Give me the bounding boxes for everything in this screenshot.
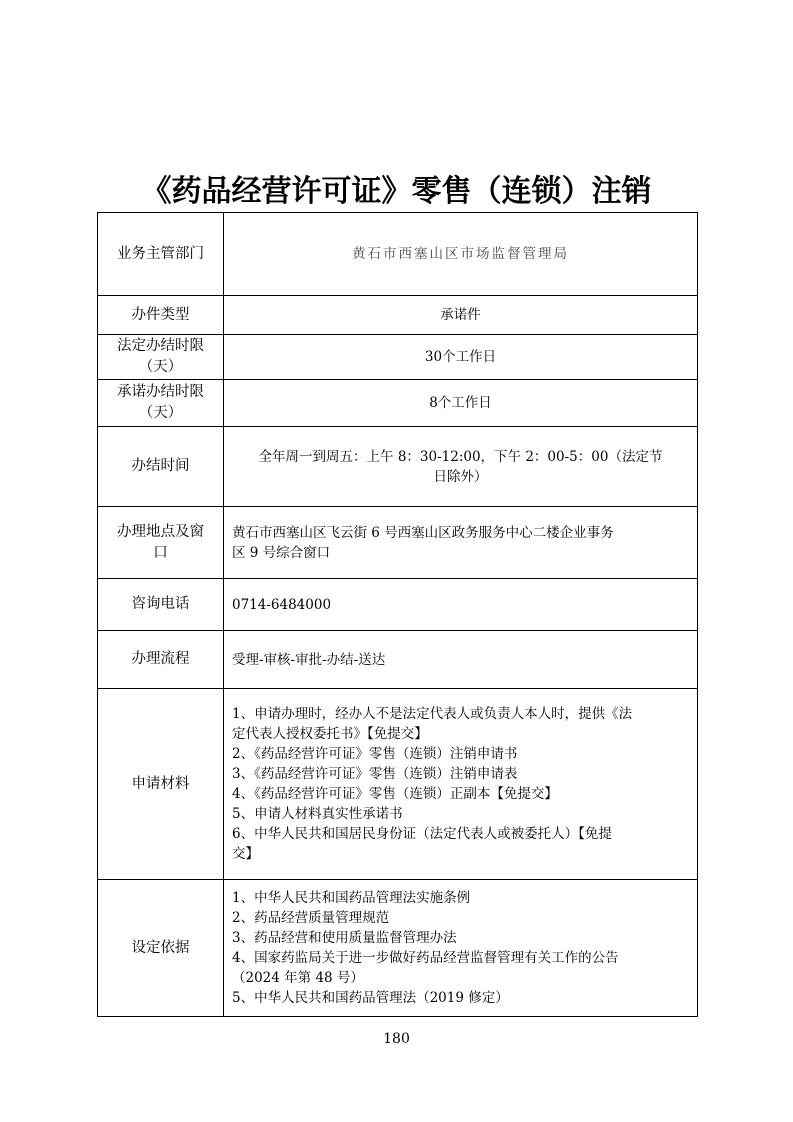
table-row: 办结时间 全年周一到周五：上午 8：30-12:00，下午 2：00-5：00（… bbox=[98, 427, 698, 507]
table-row: 咨询电话 0714-6484000 bbox=[98, 579, 698, 631]
row-label-line: 承诺办结时限 bbox=[98, 382, 223, 403]
row-value: 黄石市西塞山区飞云街 6 号西塞山区政务服务中心二楼企业事务 区 9 号综合窗口 bbox=[224, 507, 698, 579]
info-table: 业务主管部门 黄石市西塞山区市场监督管理局 办件类型 承诺件 法定办结时限 （天… bbox=[97, 212, 698, 1017]
row-label: 办理地点及窗 口 bbox=[98, 507, 224, 579]
page-number: 180 bbox=[0, 1031, 793, 1047]
row-label-line: 法定办结时限 bbox=[98, 336, 223, 357]
table-row: 办理流程 受理-审核-审批-办结-送达 bbox=[98, 631, 698, 689]
row-label: 申请材料 bbox=[98, 689, 224, 880]
row-value: 受理-审核-审批-办结-送达 bbox=[224, 631, 698, 689]
value-line: 1、申请办理时，经办人不是法定代表人或负责人本人时，提供《法 bbox=[232, 704, 689, 724]
value-line: 6、中华人民共和国居民身份证（法定代表人或被委托人）【免提 bbox=[232, 824, 689, 844]
value-line: 定代表人授权委托书》【免提交】 bbox=[232, 724, 689, 744]
row-value: 8个工作日 bbox=[224, 380, 698, 427]
row-value: 承诺件 bbox=[224, 296, 698, 335]
value-line: 5、中华人民共和国药品管理法（2019 修定） bbox=[232, 988, 689, 1008]
value-line: （2024 年第 48 号） bbox=[232, 968, 689, 988]
value-line: 区 9 号综合窗口 bbox=[232, 543, 689, 563]
row-label: 设定依据 bbox=[98, 880, 224, 1017]
table-row: 法定办结时限 （天） 30个工作日 bbox=[98, 335, 698, 380]
table-row: 办件类型 承诺件 bbox=[98, 296, 698, 335]
table-row: 申请材料 1、申请办理时，经办人不是法定代表人或负责人本人时，提供《法 定代表人… bbox=[98, 689, 698, 880]
value-line: 全年周一到周五：上午 8：30-12:00，下午 2：00-5：00（法定节 bbox=[232, 447, 689, 467]
row-label-line: 办理地点及窗 bbox=[98, 522, 223, 543]
value-line: 交】 bbox=[232, 844, 689, 864]
value-line: 黄石市西塞山区飞云街 6 号西塞山区政务服务中心二楼企业事务 bbox=[232, 523, 689, 543]
row-label: 办结时间 bbox=[98, 427, 224, 507]
row-label-line: 口 bbox=[98, 543, 223, 564]
value-line: 4、《药品经营许可证》零售（连锁）正副本【免提交】 bbox=[232, 784, 689, 804]
table-row: 业务主管部门 黄石市西塞山区市场监督管理局 bbox=[98, 213, 698, 296]
row-value: 0714-6484000 bbox=[224, 579, 698, 631]
row-label-line: （天） bbox=[98, 403, 223, 424]
row-value: 1、中华人民共和国药品管理法实施条例 2、药品经营质量管理规范 3、药品经营和使… bbox=[224, 880, 698, 1017]
row-label: 办件类型 bbox=[98, 296, 224, 335]
page-title: 《药品经营许可证》零售（连锁）注销 bbox=[0, 172, 793, 212]
row-label: 承诺办结时限 （天） bbox=[98, 380, 224, 427]
row-label: 法定办结时限 （天） bbox=[98, 335, 224, 380]
value-line: 2、药品经营质量管理规范 bbox=[232, 908, 689, 928]
table-row: 承诺办结时限 （天） 8个工作日 bbox=[98, 380, 698, 427]
row-label: 业务主管部门 bbox=[98, 213, 224, 296]
value-line: 3、药品经营和使用质量监督管理办法 bbox=[232, 928, 689, 948]
row-value: 全年周一到周五：上午 8：30-12:00，下午 2：00-5：00（法定节 日… bbox=[224, 427, 698, 507]
value-line: 5、申请人材料真实性承诺书 bbox=[232, 804, 689, 824]
value-line: 3、《药品经营许可证》零售（连锁）注销申请表 bbox=[232, 764, 689, 784]
row-label: 办理流程 bbox=[98, 631, 224, 689]
table-row: 设定依据 1、中华人民共和国药品管理法实施条例 2、药品经营质量管理规范 3、药… bbox=[98, 880, 698, 1017]
row-value: 黄石市西塞山区市场监督管理局 bbox=[224, 213, 698, 296]
row-value: 30个工作日 bbox=[224, 335, 698, 380]
table-row: 办理地点及窗 口 黄石市西塞山区飞云街 6 号西塞山区政务服务中心二楼企业事务 … bbox=[98, 507, 698, 579]
value-line: 4、国家药监局关于进一步做好药品经营监督管理有关工作的公告 bbox=[232, 948, 689, 968]
row-value: 1、申请办理时，经办人不是法定代表人或负责人本人时，提供《法 定代表人授权委托书… bbox=[224, 689, 698, 880]
row-label: 咨询电话 bbox=[98, 579, 224, 631]
value-line: 2、《药品经营许可证》零售（连锁）注销申请书 bbox=[232, 744, 689, 764]
value-line: 1、中华人民共和国药品管理法实施条例 bbox=[232, 888, 689, 908]
row-label-line: （天） bbox=[98, 357, 223, 378]
value-line: 日除外） bbox=[232, 467, 689, 487]
